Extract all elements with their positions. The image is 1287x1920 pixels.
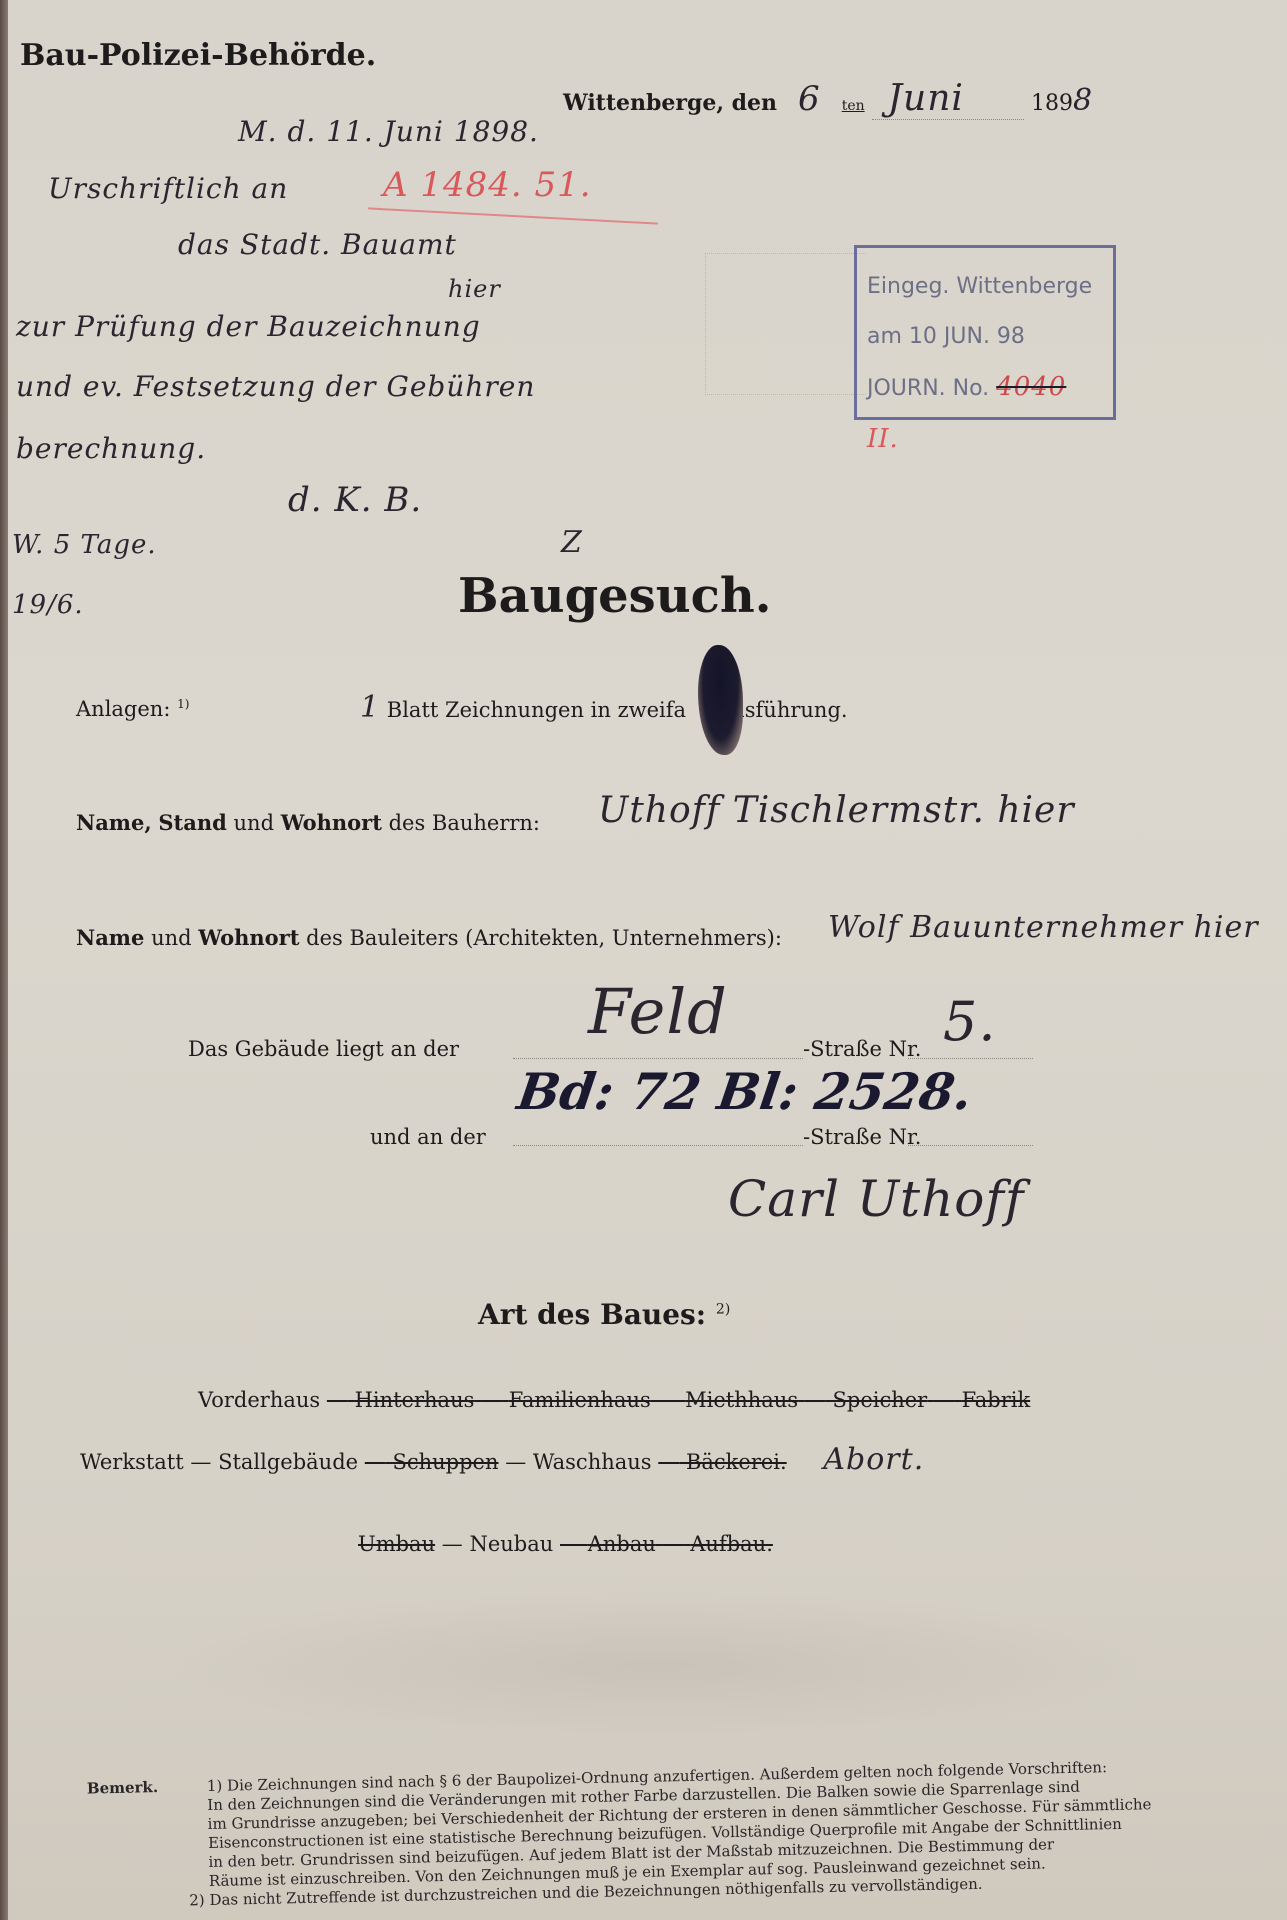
stamp-journal-number: 4040 <box>996 372 1066 402</box>
attachments-count: 1 <box>360 690 380 725</box>
remarks-lead: Bemerk. <box>87 1778 159 1798</box>
stamp-line2: am 10 JUN. 98 <box>867 312 1103 362</box>
construction-type-heading: Art des Baues: 2) <box>478 1298 730 1331</box>
street2-line <box>513 1145 803 1146</box>
page-edge <box>0 0 8 1920</box>
date-year-prefix: 189 <box>1031 91 1073 116</box>
margin-note-line3: das Stadt. Bauamt <box>178 228 457 261</box>
authority-heading: Bau-Polizei-Behörde. <box>20 38 376 73</box>
date-day-suffix: ten <box>842 98 865 114</box>
corner-mark: Z <box>561 525 583 560</box>
margin-note-line2: Urschriftlich an <box>48 172 288 205</box>
street-value: Feld <box>588 975 728 1048</box>
cadastral-stamp: Bd: 72 Bl: 2528. <box>514 1062 976 1121</box>
builder-value: Wolf Bauunternehmer hier <box>828 910 1259 945</box>
margin-note-insert: hier <box>448 275 501 303</box>
owner-value: Uthoff Tischlermstr. hier <box>598 790 1075 831</box>
document-page: Bau-Polizei-Behörde. Wittenberge, den 6 … <box>8 0 1287 1920</box>
house-number-line <box>908 1058 1033 1059</box>
attachments-label: Anlagen: 1) <box>76 697 189 721</box>
attachments-value: 1 Blatt Zeichnungen in zweifaAusführung. <box>360 690 848 725</box>
street-suffix: -Straße Nr. <box>803 1037 921 1061</box>
owner-signature: Carl Uthoff <box>728 1170 1024 1228</box>
margin-note-initials: d. K. B. <box>288 480 422 520</box>
stamp-line3: JOURN. No. 4040 II. <box>867 362 1103 466</box>
margin-note-line7: berechnung. <box>16 432 206 465</box>
remarks-footnotes: Bemerk. 1) Die Zeichnungen sind nach § 6… <box>87 1756 1190 1912</box>
street-line <box>513 1058 803 1059</box>
margin-note-bottom1: W. 5 Tage. <box>12 530 157 560</box>
ink-bleed-through <box>158 1590 1158 1740</box>
house-number: 5. <box>943 990 997 1053</box>
construction-row2: Werkstatt — Stallgebäude — Schuppen — Wa… <box>80 1442 924 1477</box>
construction-row3: Umbau — Neubau — Anbau — Aufbau. <box>358 1532 773 1556</box>
stamp-journal-suffix: II. <box>867 424 899 454</box>
builder-label: Name und Wohnort des Bauleiters (Archite… <box>76 925 782 950</box>
red-file-number: A 1484. 51. <box>383 165 592 205</box>
margin-note-line6: und ev. Festsetzung der Gebühren <box>16 370 535 403</box>
stamp-placeholder-box <box>705 253 866 395</box>
date-month: Juni <box>872 78 1024 120</box>
street2-suffix: -Straße Nr. <box>803 1125 921 1149</box>
margin-note-line5: zur Prüfung der Bauzeichnung <box>16 310 481 343</box>
construction-row1: Vorderhaus — Hinterhaus — Familienhaus —… <box>198 1388 1030 1412</box>
form-title: Baugesuch. <box>458 568 771 624</box>
house2-number-line <box>908 1145 1033 1146</box>
date-line: Wittenberge, den 6 ten Juni 1898 <box>563 78 1093 119</box>
date-day: 6 <box>784 79 835 119</box>
margin-note-bottom2: 19/6. <box>12 590 84 620</box>
construction-handwritten: Abort. <box>793 1442 924 1477</box>
owner-label: Name, Stand und Wohnort des Bauherrn: <box>76 810 540 835</box>
red-underline <box>368 207 658 224</box>
street2-label: und an der <box>370 1125 486 1149</box>
stamp-line1: Eingeg. Wittenberge <box>867 262 1103 312</box>
date-year-suffix: 8 <box>1073 83 1093 118</box>
receipt-stamp: Eingeg. Wittenberge am 10 JUN. 98 JOURN.… <box>854 245 1116 420</box>
ink-blot <box>698 645 743 755</box>
margin-note-line1: M. d. 11. Juni 1898. <box>238 115 539 148</box>
place-label: Wittenberge, den <box>563 90 777 116</box>
street-label: Das Gebäude liegt an der <box>188 1037 459 1061</box>
